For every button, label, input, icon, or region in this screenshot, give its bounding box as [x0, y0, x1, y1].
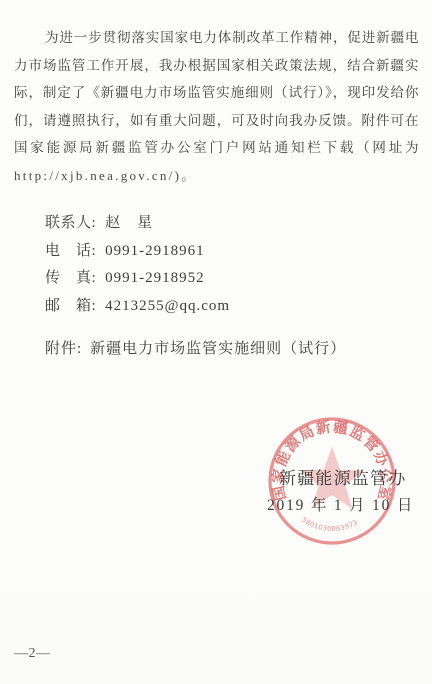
paragraph-line: 际，制定了《新疆电力市场监管实施细则（试行）》，现印发给你 [14, 79, 419, 107]
seal-serial-holder: 5801030063973 [300, 516, 359, 533]
contact-value: 赵 星 [105, 215, 153, 231]
contact-label: 联系人: [45, 215, 96, 231]
contact-label: 传 真: [45, 270, 96, 286]
scanned-document-page: 为进一步贯彻落实国家电力体制改革工作精神，促进新疆电 力市场监管工作开展，我办根… [0, 0, 432, 684]
contact-row-fax: 传 真:0991-2918952 [45, 265, 230, 293]
contact-label: 电 话: [45, 243, 96, 259]
signature-date: 2019 年 1 月 10 日 [267, 493, 414, 515]
paragraph-line: 们，请遵照执行，如有重大问题，可及时向我办反馈。附件可在 [14, 107, 419, 135]
contact-row-email: 邮 箱:4213255@qq.com [45, 293, 230, 321]
contact-row-phone: 电 话:0991-2918961 [45, 238, 230, 266]
page-number: —2— [14, 646, 51, 662]
contact-label: 邮 箱: [45, 298, 96, 314]
paragraph-line: 为进一步贯彻落实国家电力体制改革工作精神，促进新疆电 [14, 24, 419, 52]
contact-info-block: 联系人:赵 星 电 话:0991-2918961 传 真:0991-291895… [45, 210, 230, 320]
contact-value: 4213255@qq.com [105, 298, 230, 314]
seal-serial-number: 5801030063973 [300, 516, 359, 533]
attachment-line: 附件:新疆电力市场监管实施细则（试行） [45, 337, 346, 358]
attachment-label: 附件: [45, 341, 82, 357]
website-url-text: http://xjb.nea.gov.cn/)。 [14, 162, 419, 190]
contact-value: 0991-2918961 [105, 243, 205, 259]
signature-organization: 新疆能源监管办 [279, 464, 406, 489]
paragraph-line: 力市场监管工作开展，我办根据国家相关政策法规，结合新疆实 [14, 52, 419, 80]
contact-value: 0991-2918952 [105, 270, 205, 286]
attachment-title: 新疆电力市场监管实施细则（试行） [90, 341, 346, 357]
body-paragraph: 为进一步贯彻落实国家电力体制改革工作精神，促进新疆电 力市场监管工作开展，我办根… [14, 24, 419, 189]
paragraph-line: 国家能源局新疆监管办公室门户网站通知栏下载（网址为 [14, 134, 419, 162]
contact-row-person: 联系人:赵 星 [45, 210, 230, 238]
